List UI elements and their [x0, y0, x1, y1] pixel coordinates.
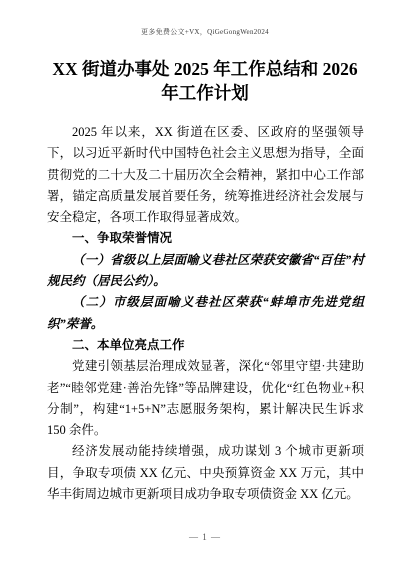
section-heading-highlights: 二、本单位亮点工作 — [47, 335, 364, 356]
section-heading-honors: 一、争取荣誉情况 — [47, 228, 364, 249]
honor-item-provincial: （一）省级以上层面喻义巷社区荣获安徽省“百佳”村规民约（居民公约）。 — [47, 250, 364, 293]
economy-paragraph: 经济发展动能持续增强，成功谋划 3 个城市更新项目，争取专项债 XX 亿元、中央… — [47, 441, 364, 505]
promo-banner: 更多免费公文+VX，QiGeGongWen2024 — [0, 27, 410, 37]
honor-item-municipal: （二）市级层面喻义巷社区荣获“蚌埠市先进党组织”荣誉。 — [47, 292, 364, 335]
intro-paragraph: 2025 年以来，XX 街道在区委、区政府的坚强领导下，以习近平新时代中国特色社… — [47, 122, 364, 228]
document-page: 更多免费公文+VX，QiGeGongWen2024 XX 街道办事处 2025 … — [0, 0, 410, 580]
party-building-paragraph: 党建引领基层治理成效显著，深化“邻里守望·共建助老”“睦邻党建·善治先锋”等品牌… — [47, 356, 364, 441]
doc-body: 2025 年以来，XX 街道在区委、区政府的坚强领导下，以习近平新时代中国特色社… — [47, 122, 364, 505]
doc-title: XX 街道办事处 2025 年工作总结和 2026 年工作计划 — [42, 57, 368, 105]
page-number: — 1 — — [0, 532, 410, 542]
